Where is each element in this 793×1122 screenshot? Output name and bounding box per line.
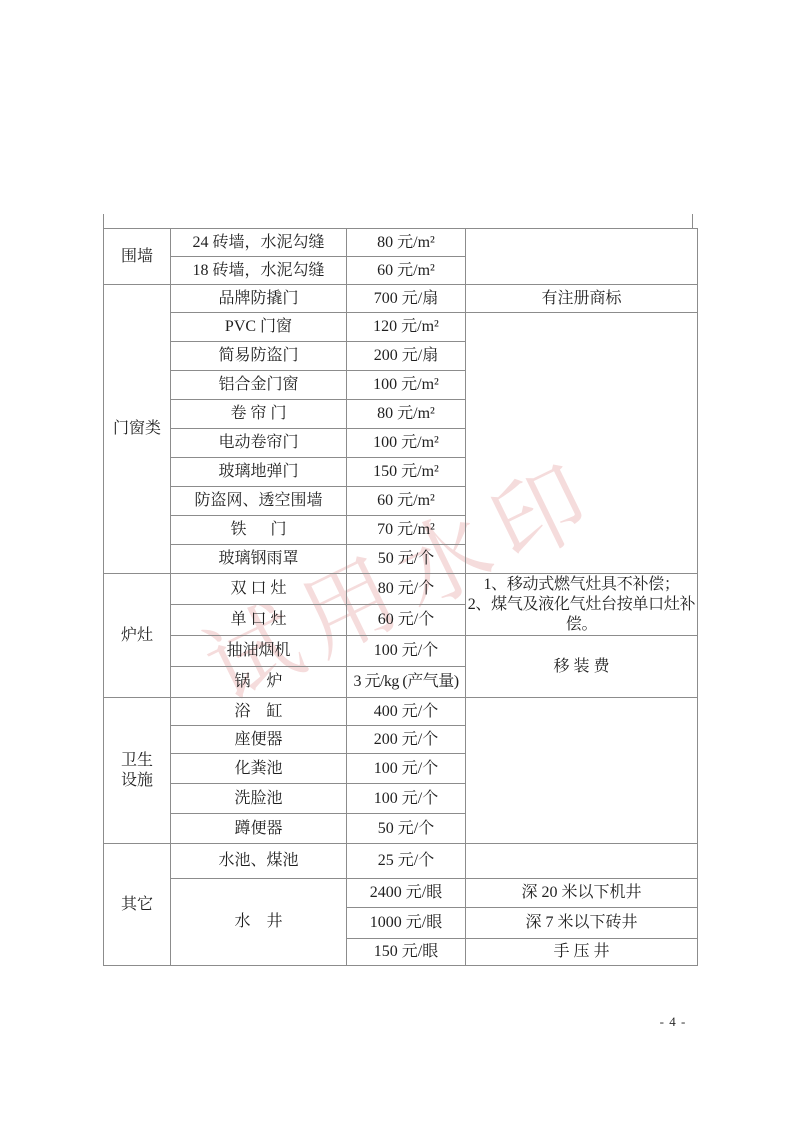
price-cell: 100 元/个 bbox=[347, 636, 466, 667]
remark-note-cell: 1、移动式燃气灶具不补偿； 2、煤气及液化气灶台按单口灶补偿。 bbox=[466, 574, 698, 636]
page-number: - 4 - bbox=[630, 1014, 716, 1030]
price-cell: 100 元/m² bbox=[347, 429, 466, 458]
category-cell: 围墙 bbox=[104, 229, 171, 285]
item-cell: 玻璃钢雨罩 bbox=[171, 545, 347, 574]
price-cell: 3 元/kg (产气量) bbox=[347, 667, 466, 698]
price-cell: 100 元/个 bbox=[347, 784, 466, 814]
price-cell: 2400 元/眼 bbox=[347, 879, 466, 908]
item-cell: 电动卷帘门 bbox=[171, 429, 347, 458]
price-cell: 150 元/m² bbox=[347, 458, 466, 487]
item-cell: 铝合金门窗 bbox=[171, 371, 347, 400]
compensation-table: 围墙 24 砖墙，水泥勾缝 80 元/m² 18 砖墙，水泥勾缝 60 元/m²… bbox=[103, 228, 698, 966]
item-cell: 座便器 bbox=[171, 726, 347, 754]
document-page: 试用水印 围墙 24 砖墙，水泥勾缝 80 元/m² 18 砖墙，水泥勾缝 60… bbox=[0, 0, 793, 1122]
price-cell: 100 元/个 bbox=[347, 754, 466, 784]
category-cell: 炉灶 bbox=[104, 574, 171, 698]
item-cell: 双 口 灶 bbox=[171, 574, 347, 605]
price-cell: 200 元/个 bbox=[347, 726, 466, 754]
item-cell: 卷 帘 门 bbox=[171, 400, 347, 429]
item-cell: 品牌防撬门 bbox=[171, 285, 347, 313]
price-cell: 150 元/眼 bbox=[347, 939, 466, 966]
item-cell: 单 口 灶 bbox=[171, 605, 347, 636]
item-cell: 铁 门 bbox=[171, 516, 347, 545]
price-cell: 60 元/m² bbox=[347, 487, 466, 516]
price-cell: 1000 元/眼 bbox=[347, 908, 466, 939]
price-cell: 80 元/个 bbox=[347, 574, 466, 605]
item-cell: 锅 炉 bbox=[171, 667, 347, 698]
item-cell: 24 砖墙，水泥勾缝 bbox=[171, 229, 347, 257]
price-cell: 80 元/m² bbox=[347, 400, 466, 429]
price-cell: 120 元/m² bbox=[347, 313, 466, 342]
remark-cell bbox=[466, 229, 698, 285]
remark-cell: 深 20 米以下机井 bbox=[466, 879, 698, 908]
price-cell: 100 元/m² bbox=[347, 371, 466, 400]
remark-cell bbox=[466, 844, 698, 879]
table-border-stub-right bbox=[692, 214, 693, 228]
item-cell: 防盗网、透空围墙 bbox=[171, 487, 347, 516]
item-cell: PVC 门窗 bbox=[171, 313, 347, 342]
price-cell: 50 元/个 bbox=[347, 814, 466, 844]
price-cell: 700 元/扇 bbox=[347, 285, 466, 313]
item-cell: 18 砖墙，水泥勾缝 bbox=[171, 257, 347, 285]
price-cell: 200 元/扇 bbox=[347, 342, 466, 371]
remark-cell: 深 7 米以下砖井 bbox=[466, 908, 698, 939]
price-cell: 60 元/m² bbox=[347, 257, 466, 285]
item-cell: 抽油烟机 bbox=[171, 636, 347, 667]
remark-cell: 手 压 井 bbox=[466, 939, 698, 966]
category-cell: 门窗类 bbox=[104, 285, 171, 574]
item-cell: 浴 缸 bbox=[171, 698, 347, 726]
item-cell: 蹲便器 bbox=[171, 814, 347, 844]
category-cell: 卫生 设施 bbox=[104, 698, 171, 844]
price-cell: 25 元/个 bbox=[347, 844, 466, 879]
price-cell: 60 元/个 bbox=[347, 605, 466, 636]
remark-cell: 移 装 费 bbox=[466, 636, 698, 698]
table-border-stub-left bbox=[103, 214, 104, 228]
item-cell: 化粪池 bbox=[171, 754, 347, 784]
item-cell: 水池、煤池 bbox=[171, 844, 347, 879]
item-cell: 洗脸池 bbox=[171, 784, 347, 814]
price-cell: 70 元/m² bbox=[347, 516, 466, 545]
item-cell: 玻璃地弹门 bbox=[171, 458, 347, 487]
remark-cell bbox=[466, 698, 698, 844]
price-cell: 50 元/个 bbox=[347, 545, 466, 574]
item-cell: 简易防盗门 bbox=[171, 342, 347, 371]
remark-cell: 有注册商标 bbox=[466, 285, 698, 313]
price-cell: 400 元/个 bbox=[347, 698, 466, 726]
category-cell: 其它 bbox=[104, 844, 171, 966]
remark-cell bbox=[466, 313, 698, 574]
price-cell: 80 元/m² bbox=[347, 229, 466, 257]
item-cell: 水 井 bbox=[171, 879, 347, 966]
